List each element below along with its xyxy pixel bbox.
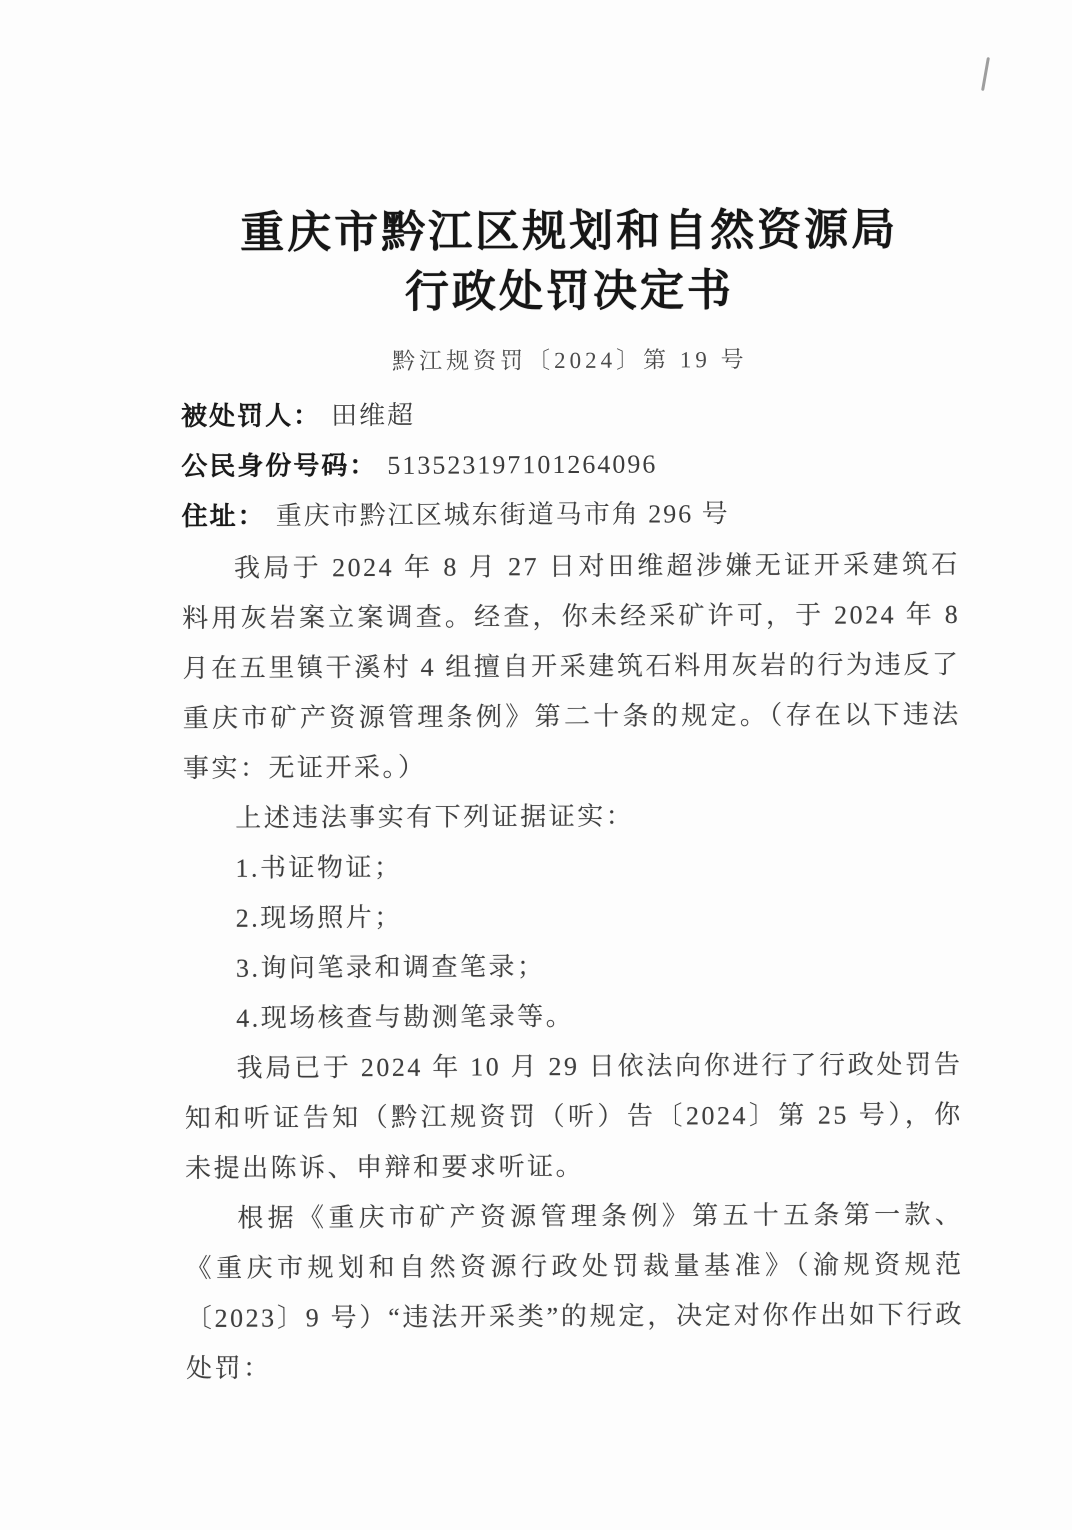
party-info-fields: 被处罚人：田维超 公民身份号码：513523197101264096 住址：重庆…: [181, 388, 960, 542]
evidence-item-4: 4.现场核查与勘测笔录等。: [184, 990, 962, 1044]
document-title-line1: 重庆市黔江区规划和自然资源局: [180, 200, 958, 264]
paragraph-notice: 我局已于 2024 年 10 月 29 日依法向你进行了行政处罚告知和听证告知（…: [184, 1040, 963, 1194]
evidence-item-1: 1.书证物证；: [183, 840, 961, 894]
document-number: 黔江规资罚〔2024〕第 19 号: [181, 344, 959, 378]
paragraph-case-intro: 我局于 2024 年 8 月 27 日对田维超涉嫌无证开采建筑石料用灰岩案立案调…: [182, 540, 961, 794]
field-citizen-id: 公民身份号码：513523197101264096: [181, 438, 959, 492]
evidence-item-3: 3.询问笔录和调查笔录；: [184, 940, 962, 994]
evidence-item-2: 2.现场照片；: [184, 890, 962, 944]
paragraph-decision-basis: 根据《重庆市矿产资源管理条例》第五十五条第一款、《重庆市规划和自然资源行政处罚裁…: [185, 1190, 964, 1394]
field-address: 住址：重庆市黔江区城东街道马市角 296 号: [182, 488, 960, 542]
document-body: 我局于 2024 年 8 月 27 日对田维超涉嫌无证开采建筑石料用灰岩案立案调…: [182, 540, 964, 1394]
field-address-value: 重庆市黔江区城东街道马市角 296 号: [276, 499, 730, 530]
field-penalized-person: 被处罚人：田维超: [181, 388, 959, 442]
handwritten-page-mark: [981, 57, 990, 91]
document-title-line2: 行政处罚决定书: [180, 260, 958, 324]
field-citizen-id-label: 公民身份号码：: [181, 451, 377, 481]
paragraph-evidence-intro: 上述违法事实有下列证据证实：: [183, 790, 961, 844]
scanned-document-page: 重庆市黔江区规划和自然资源局 行政处罚决定书 黔江规资罚〔2024〕第 19 号…: [0, 0, 1072, 1530]
document-content: 重庆市黔江区规划和自然资源局 行政处罚决定书 黔江规资罚〔2024〕第 19 号…: [180, 200, 964, 1394]
field-citizen-id-value: 513523197101264096: [387, 450, 657, 480]
field-penalized-person-value: 田维超: [331, 401, 415, 430]
field-penalized-person-label: 被处罚人：: [181, 401, 321, 431]
field-address-label: 住址：: [182, 502, 266, 531]
